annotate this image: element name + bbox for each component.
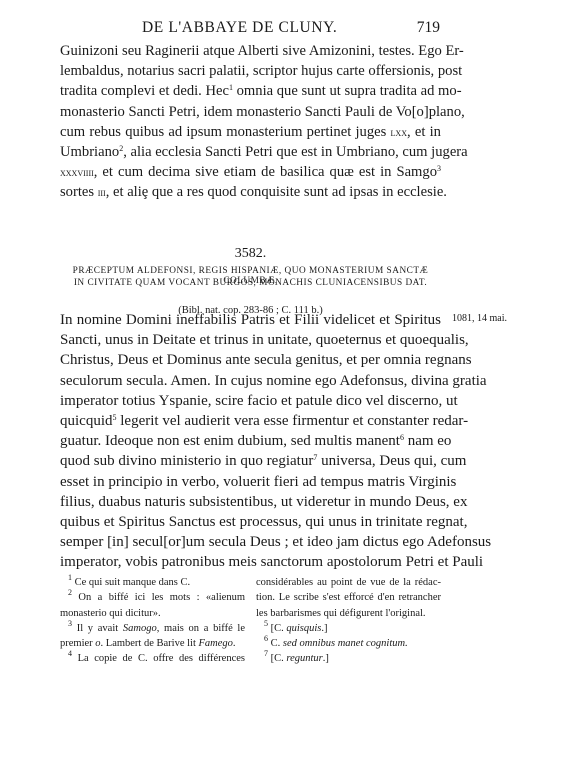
footnote: 4 La copie de C. offre des différences bbox=[60, 651, 245, 666]
running-title: DE L'ABBAYE DE CLUNY. bbox=[142, 19, 337, 37]
text-line: seculorum secula. Amen. In cujus nomine … bbox=[60, 371, 441, 391]
footnote-continuation: considérables au point de vue de la réda… bbox=[256, 575, 441, 590]
text-line: Guinizoni seu Raginerii atque Alberti si… bbox=[60, 41, 441, 61]
text-line: Sancti, unus in Deitate et trinus in uni… bbox=[60, 330, 441, 350]
running-head: DE L'ABBAYE DE CLUNY. 719 bbox=[60, 19, 440, 39]
charter-body: In nomine Domini ineffabilis Patris et F… bbox=[60, 310, 441, 572]
text-line: xxxviiii, et cum decima sive etiam de ba… bbox=[60, 162, 441, 182]
charter-title-line: in civitate quam vocant Burgos, monachis… bbox=[60, 278, 441, 288]
footnotes-left: 1 Ce qui suit manque dans C. 2 On a biff… bbox=[60, 575, 245, 667]
footnote: 1 Ce qui suit manque dans C. bbox=[60, 575, 245, 590]
footnote-continuation: premier o. Lambert de Barive lit Famego. bbox=[60, 636, 245, 651]
text-line: lembaldus, notarius sacri palatii, scrip… bbox=[60, 61, 441, 81]
continuation-text: Guinizoni seu Raginerii atque Alberti si… bbox=[60, 41, 441, 203]
text-line: quicquid5 legerit vel audierit vera esse… bbox=[60, 411, 441, 431]
text-line: guatur. Ideoque non est enim dubium, sed… bbox=[60, 431, 441, 451]
footnote-ref: 3 bbox=[437, 164, 441, 173]
text-line: sortes iii, et aliȩ que a res quod conqu… bbox=[60, 182, 441, 202]
text-line: imperator, vobis patronibus meis sanctor… bbox=[60, 552, 441, 572]
footnotes-right: considérables au point de vue de la réda… bbox=[256, 575, 441, 667]
text-line: tradita complevi et dedi. Hec1 omnia que… bbox=[60, 81, 441, 101]
text-line: quibus et Spiritus Sanctus est processus… bbox=[60, 512, 441, 532]
footnote: 7 [C. reguntur.] bbox=[256, 651, 441, 666]
footnote: 6 C. sed omnibus manet cognitum. bbox=[256, 636, 441, 651]
charter-number: 3582. bbox=[60, 246, 441, 262]
footnote-continuation: monasterio qui dicitur». bbox=[60, 606, 245, 621]
footnote-continuation: tion. Le scribe s'est efforcé d'en retra… bbox=[256, 590, 441, 605]
page-number: 719 bbox=[417, 19, 440, 37]
footnote: 5 [C. quisquis.] bbox=[256, 621, 441, 636]
text-line: filius, duabus naturis subsistentibus, u… bbox=[60, 492, 441, 512]
text-line: monasterio Sancti Petri, idem monasterio… bbox=[60, 102, 441, 122]
text-line: cum rebus quibus ad ipsum monasterium pe… bbox=[60, 122, 441, 142]
text-line: semper [in] secul[or]um secula Deus ; et… bbox=[60, 532, 441, 552]
text-line: Christus, Deus et Dominus ante secula ge… bbox=[60, 350, 441, 370]
footnote: 3 Il y avait Samogo, mais on a biffé le bbox=[60, 621, 245, 636]
book-page: DE L'ABBAYE DE CLUNY. 719 Guinizoni seu … bbox=[0, 0, 570, 770]
text-line: Umbriano2, alia ecclesia Sancti Petri qu… bbox=[60, 142, 441, 162]
footnote-continuation: les barbarismes qui défigurent l'origina… bbox=[256, 606, 441, 621]
footnote: 2 On a biffé ici les mots : «alienum bbox=[60, 590, 245, 605]
text-line: In nomine Domini ineffabilis Patris et F… bbox=[60, 310, 441, 330]
text-line: quod sub divino ministerio in quo regiat… bbox=[60, 451, 441, 471]
text-line: esset in principio in verbo, voluerit fi… bbox=[60, 472, 441, 492]
margin-date: 1081, 14 mai. bbox=[452, 313, 507, 324]
text-line: imperator totius Yspanie, scire facio et… bbox=[60, 391, 441, 411]
